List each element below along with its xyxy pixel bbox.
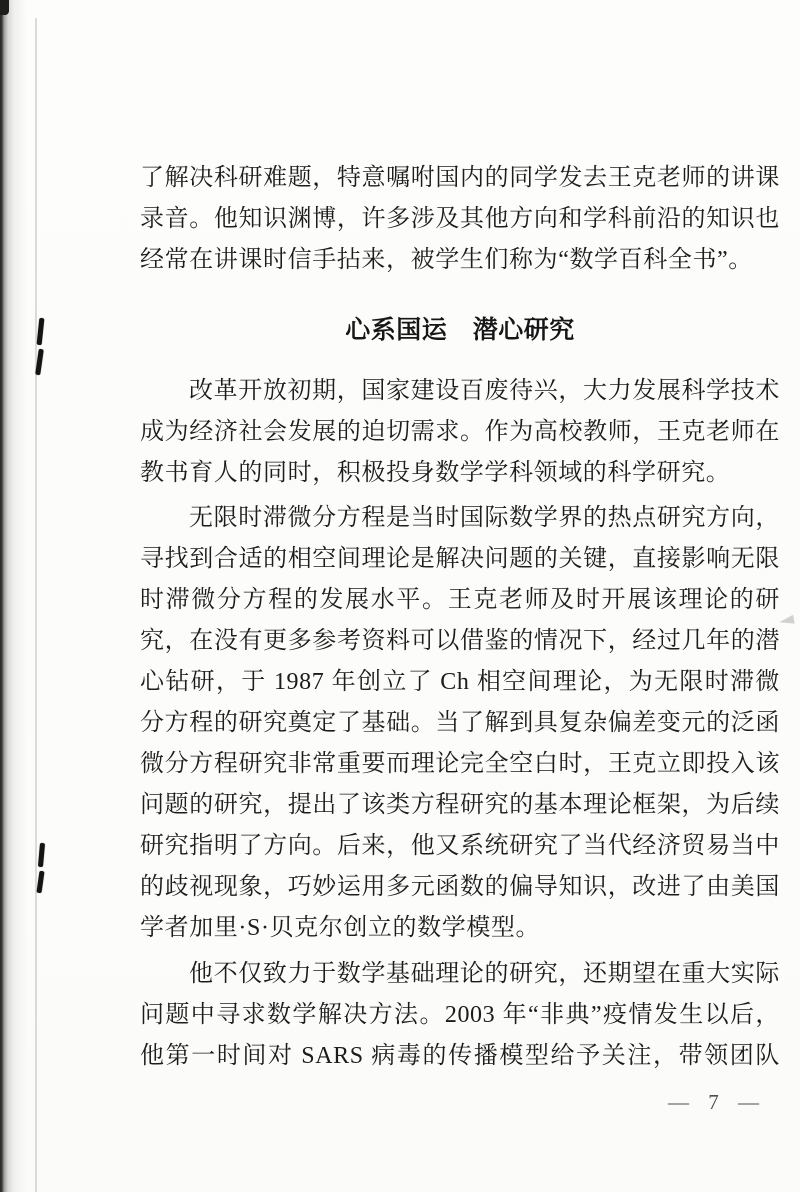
text-line: 寻找到合适的相空间理论是解决问题的关键，直接影响无限 xyxy=(140,539,780,580)
page-number: — 7 — xyxy=(140,1090,780,1115)
text-line: 问题的研究，提出了该类方程研究的基本理论框架，为后续 xyxy=(140,785,780,826)
text-line: 分方程的研究奠定了基础。当了解到具复杂偏差变元的泛函 xyxy=(140,703,780,744)
text-line: 的歧视现象，巧妙运用多元函数的偏导知识，改进了由美国 xyxy=(140,867,780,908)
text-line: 他不仅致力于数学基础理论的研究，还期望在重大实际 xyxy=(140,954,780,995)
text-block: 了解决科研难题，特意嘱咐国内的同学发去王克老师的讲课 录音。他知识渊博，许多涉及… xyxy=(140,158,780,1115)
scanned-document-page: 了解决科研难题，特意嘱咐国内的同学发去王克老师的讲课 录音。他知识渊博，许多涉及… xyxy=(0,0,800,1192)
text-line: 了解决科研难题，特意嘱咐国内的同学发去王克老师的讲课 xyxy=(140,158,780,199)
text-line: 录音。他知识渊博，许多涉及其他方向和学科前沿的知识也 xyxy=(140,199,780,240)
scan-smudge-artifact xyxy=(778,615,794,626)
text-line: 时滞微分方程的发展水平。王克老师及时开展该理论的研 xyxy=(140,580,780,621)
intro-paragraph: 了解决科研难题，特意嘱咐国内的同学发去王克老师的讲课 录音。他知识渊博，许多涉及… xyxy=(140,158,780,281)
text-line: 究，在没有更多参考资料可以借鉴的情况下，经过几年的潜 xyxy=(140,621,780,662)
text-line: 学者加里·S·贝克尔创立的数学模型。 xyxy=(140,908,780,949)
binding-ink-mark xyxy=(37,318,45,345)
text-line: 问题中寻求数学解决方法。2003 年“非典”疫情发生以后， xyxy=(140,995,780,1036)
section-heading: 心系国运 潜心研究 xyxy=(140,310,780,350)
text-line: 教书育人的同时，积极投身数学学科领域的科学研究。 xyxy=(140,453,780,494)
scan-binding-edge xyxy=(0,0,30,1192)
reform-paragraph: 改革开放初期，国家建设百废待兴，大力发展科学技术 成为经济社会发展的迫切需求。作… xyxy=(140,371,780,494)
binding-ink-mark xyxy=(36,871,44,893)
text-line: 他第一时间对 SARS 病毒的传播模型给予关注，带领团队 xyxy=(140,1036,780,1077)
text-line: 心钻研，于 1987 年创立了 Ch 相空间理论，为无限时滞微 xyxy=(140,662,780,703)
scan-corner-mark xyxy=(0,0,9,15)
text-line: 研究指明了方向。后来，他又系统研究了当代经济贸易当中 xyxy=(140,826,780,867)
text-line: 微分方程研究非常重要而理论完全空白时，王克立即投入该 xyxy=(140,744,780,785)
text-line: 经常在讲课时信手拈来，被学生们称为“数学百科全书”。 xyxy=(140,240,780,281)
page-fold-line xyxy=(35,18,37,1192)
research-paragraph: 无限时滞微分方程是当时国际数学界的热点研究方向， 寻找到合适的相空间理论是解决问… xyxy=(140,498,780,949)
text-line: 成为经济社会发展的迫切需求。作为高校教师，王克老师在 xyxy=(140,412,780,453)
sars-paragraph: 他不仅致力于数学基础理论的研究，还期望在重大实际 问题中寻求数学解决方法。200… xyxy=(140,954,780,1077)
text-line: 改革开放初期，国家建设百废待兴，大力发展科学技术 xyxy=(140,371,780,412)
binding-ink-mark xyxy=(38,843,45,867)
text-line: 无限时滞微分方程是当时国际数学界的热点研究方向， xyxy=(140,498,780,539)
